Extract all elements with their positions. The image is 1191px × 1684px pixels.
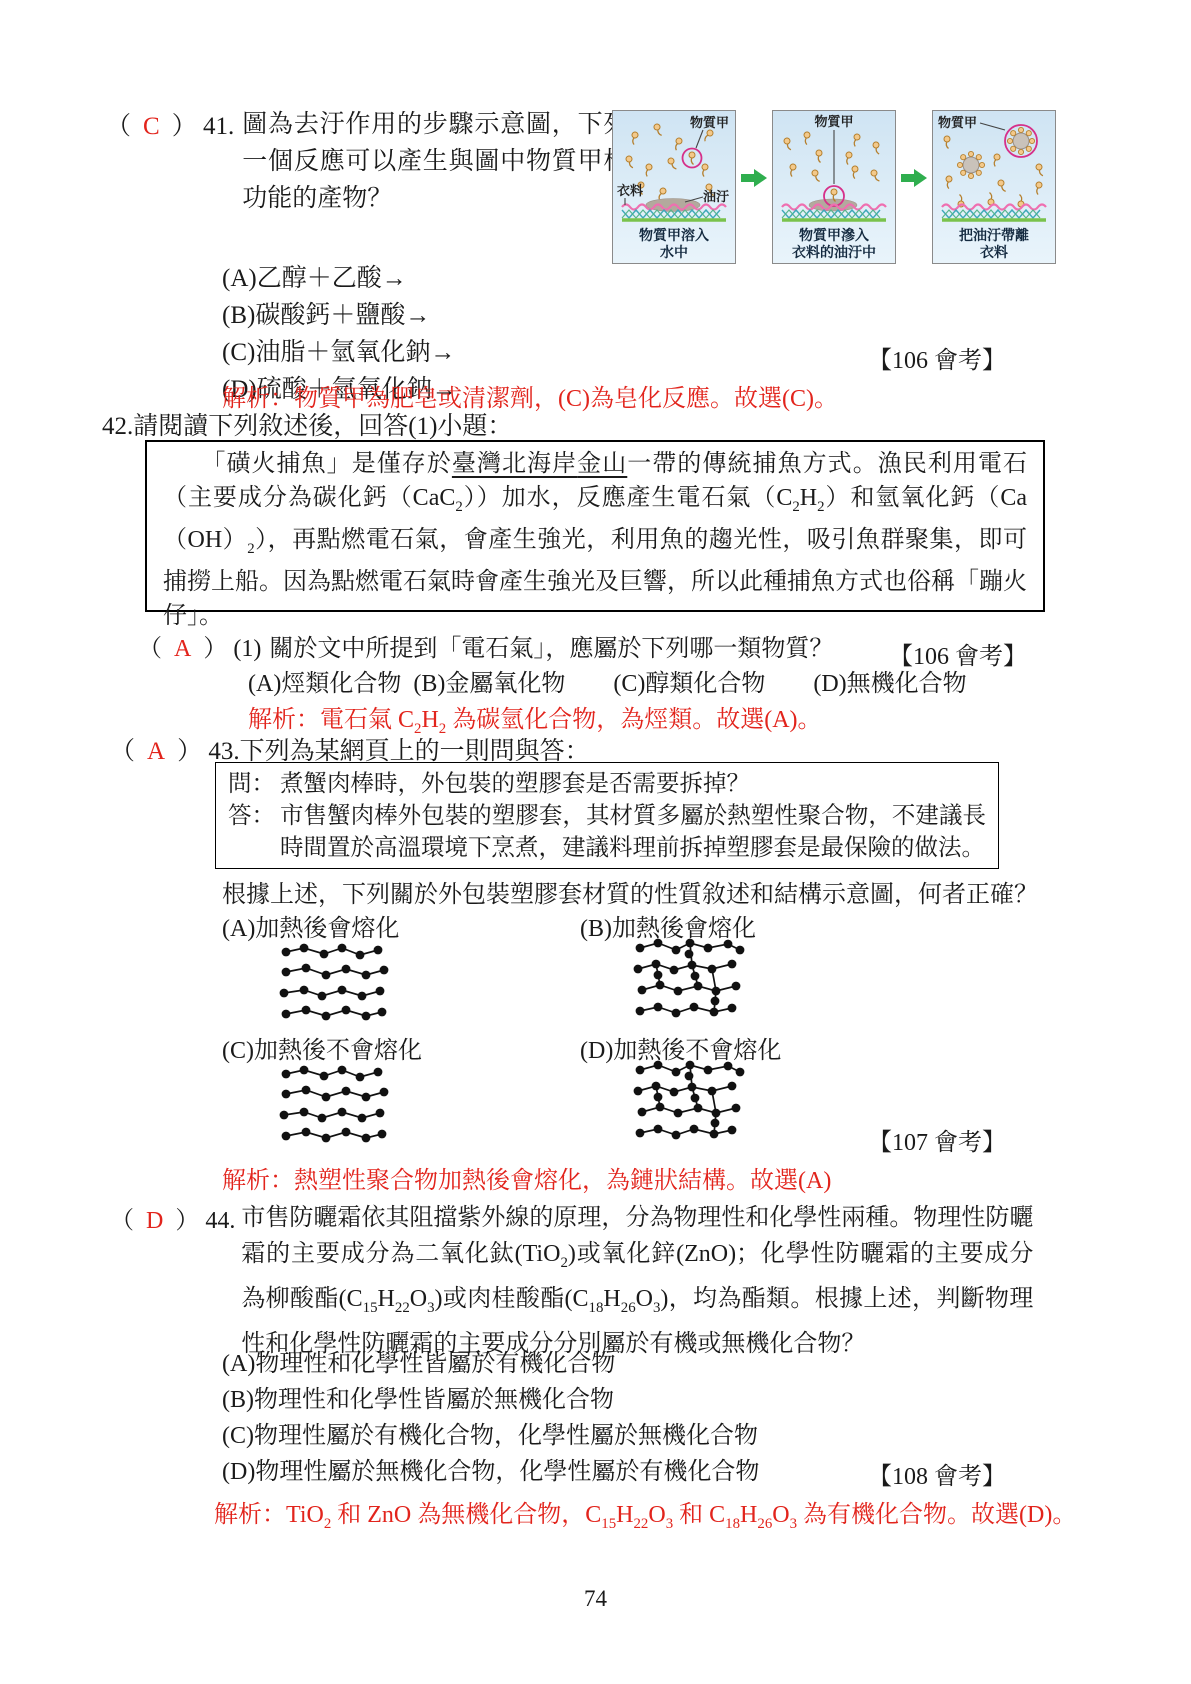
arrow-right-icon [741,168,767,188]
qa-answer-label: 答： [228,800,280,864]
sub1-option-a: (A)烴類化合物 [248,671,401,697]
q44-options: (A)物理性和化學性皆屬於有機化合物 (B)物理性和化學性皆屬於無機化合物 (C… [222,1346,759,1490]
arrow-right-icon [901,168,927,188]
q44-option-b: (B)物理性和化學性皆屬於無機化合物 [222,1382,759,1418]
panel-caption-line2: 水中 [660,244,688,260]
q42-sub1-label: (1) [233,636,261,662]
q44-source: 【108 會考】 [868,1456,1006,1491]
panel-caption-line1: 把油汙帶離 [959,227,1029,243]
oil-label: 油汙 [703,189,729,204]
panel-caption-line1: 物質甲滲入 [799,227,869,243]
q41-source: 【106 會考】 [868,340,1006,375]
crosslinked-network-diagram-b [632,938,745,1020]
q44-option-d: (D)物理性屬於無機化合物，化學性屬於有機化合物 [222,1454,759,1490]
q41-block: （C） 41. 圖為去汙作用的步驟示意圖，下列哪一個反應可以產生與圖中物質甲相同… [106,106,654,217]
qa-question-label: 問： [228,768,280,800]
panel-caption-line2: 衣料 [980,244,1008,260]
q42-passage-box: 「磺火捕魚」是僅存於臺灣北海岸金山一帶的傳統捕魚方式。漁民利用電石（主要成分為碳… [145,440,1045,612]
q41-number: 41. [203,113,234,140]
q43-follow-up: 根據上述，下列關於外包裝塑膠套材質的性質敘述和結構示意圖，何者正確？ [222,874,1038,909]
q42-sub1-answer: A [162,636,203,662]
q42-sub1-options: (A)烴類化合物(B)金屬氧化物(C)醇類化合物(D)無機化合物 [248,663,967,698]
paren-open: （ [106,113,131,140]
page-number: 74 [0,1586,1191,1612]
q41-answer-marker: （C） 41. [106,106,234,217]
paren-open: （ [138,636,162,662]
q44-stem: 市售防曬霜依其阻擋紫外線的原理，分為物理性和化學性兩種。物理性防曬霜的主要成分為… [241,1200,1033,1362]
linear-chain-diagram-a [278,942,390,1022]
qa-question-row: 問： 煮蟹肉棒時，外包裝的塑膠套是否需要拆掉？ [228,768,986,800]
q43-option-c: (C)加熱後不會熔化 [222,1030,422,1065]
paren-open: （ [110,1208,134,1234]
substance-label: 物質甲 [938,115,977,130]
q43-qa-box: 問： 煮蟹肉棒時，外包裝的塑膠套是否需要拆掉？ 答： 市售蟹肉棒外包裝的塑膠套，… [215,762,999,869]
substance-label: 物質甲 [690,115,729,130]
detergent-panel-1: 物質甲 衣料 油汙 物質甲溶入 水中 [612,110,736,264]
q43-option-a: (A)加熱後會熔化 [222,908,399,943]
q44-option-a: (A)物理性和化學性皆屬於有機化合物 [222,1346,759,1382]
q42-sub1-answer-marker: （A） (1) [138,628,261,663]
q44-option-c: (C)物理性屬於有機化合物，化學性屬於無機化合物 [222,1418,759,1454]
sub1-option-c: (C)醇類化合物 [613,671,765,697]
qa-answer-text: 市售蟹肉棒外包裝的塑膠套，其材質多屬於熱塑性聚合物，不建議長時間置於高溫環境下烹… [280,800,986,864]
detergent-panel-2: 物質甲 物質甲滲入 衣料的油汙中 [772,110,896,264]
q44-block: （D） 44. 市售防曬霜依其阻擋紫外線的原理，分為物理性和化學性兩種。物理性防… [110,1200,1033,1362]
q44-number: 44. [205,1208,235,1234]
sub1-option-d: (D)無機化合物 [813,671,966,697]
q42-sub1-stem: 關於文中所提到「電石氣」，應屬於下列哪一類物質？ [269,628,833,663]
crosslinked-network-diagram-d [632,1060,745,1142]
paren-close: ） [175,1208,199,1234]
q41-option-b: (B)碳酸鈣＋鹽酸→ [222,297,457,334]
q44-analysis: 解析：TiO2 和 ZnO 為無機化合物，C15H22O3 和 C18H26O3… [214,1494,1076,1533]
paren-close: ） [203,636,227,662]
linear-chain-diagram-c [278,1064,390,1144]
q42-intro: 42.請閱讀下列敘述後，回答(1)小題： [102,406,512,442]
q41-option-a: (A)乙醇＋乙酸→ [222,260,457,297]
q43-number: 43. [208,738,239,765]
qa-question-text: 煮蟹肉棒時，外包裝的塑膠套是否需要拆掉？ [280,768,986,800]
q43-answer: A [135,738,177,765]
q42-sub1-block: （A） (1) 關於文中所提到「電石氣」，應屬於下列哪一類物質？ [138,628,833,663]
paren-close: ） [177,738,202,765]
q44-answer: D [134,1208,175,1234]
fabric-label: 衣料 [617,183,643,198]
q42-passage: 「磺火捕魚」是僅存於臺灣北海岸金山一帶的傳統捕魚方式。漁民利用電石（主要成分為碳… [163,448,1027,633]
q43-source: 【107 會考】 [868,1122,1006,1157]
paren-close: ） [172,113,197,140]
q41-stem: 圖為去汙作用的步驟示意圖，下列哪一個反應可以產生與圖中物質甲相同功能的產物？ [242,106,654,217]
paren-open: （ [110,738,135,765]
exam-page: （C） 41. 圖為去汙作用的步驟示意圖，下列哪一個反應可以產生與圖中物質甲相同… [0,0,1191,1684]
qa-answer-row: 答： 市售蟹肉棒外包裝的塑膠套，其材質多屬於熱塑性聚合物，不建議長時間置於高溫環… [228,800,986,864]
q44-answer-marker: （D） 44. [110,1200,235,1362]
panel-caption-line1: 物質甲溶入 [639,227,709,243]
panel-caption-line2: 衣料的油汙中 [792,244,876,260]
detergent-diagram: 物質甲 衣料 油汙 物質甲溶入 水中 物質甲 物質甲滲入 衣料的油汙中 [612,110,1056,264]
q41-answer: C [131,113,172,140]
q41-option-c: (C)油脂＋氫氧化鈉→ [222,334,457,371]
detergent-panel-3: 物質甲 把油汙帶離 衣料 [932,110,1056,264]
q43-analysis: 解析：熱塑性聚合物加熱後會熔化，為鏈狀結構。故選(A) [222,1160,831,1195]
substance-label: 物質甲 [814,114,853,129]
sub1-option-b: (B)金屬氧化物 [413,671,565,697]
